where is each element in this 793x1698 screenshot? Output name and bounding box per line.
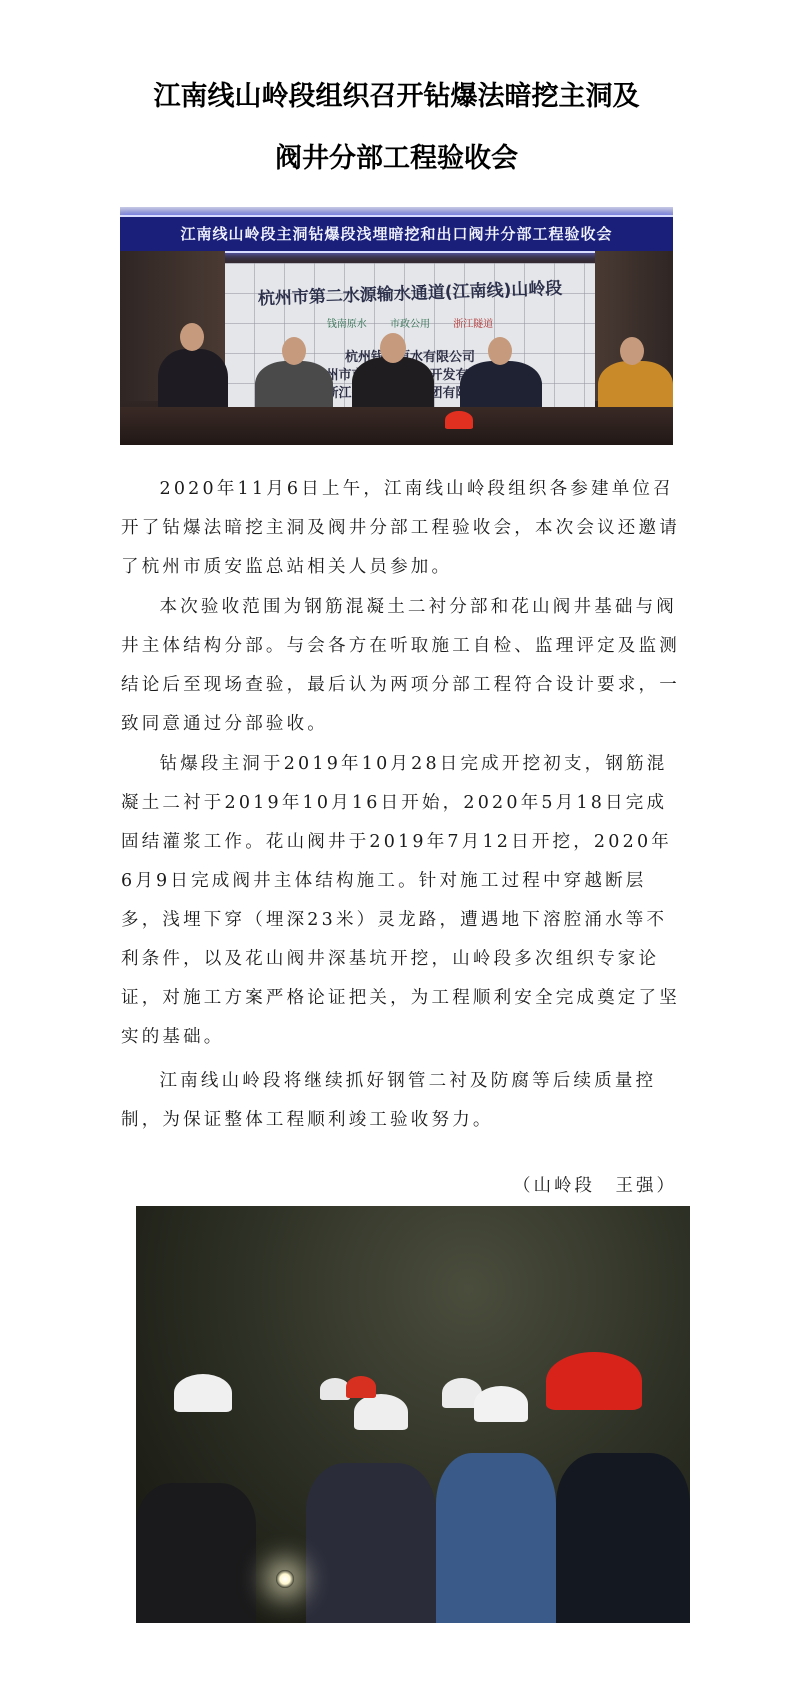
attendee-head bbox=[180, 323, 204, 351]
meeting-photo: 江南线山岭段主洞钻爆段浅埋暗挖和出口阀井分部工程验收会 杭州市第二水源输水通道(… bbox=[120, 207, 673, 445]
paragraph-4: 江南线山岭段将继续抓好钢管二衬及防腐等后续质量控制，为保证整体工程顺利竣工验收努… bbox=[121, 1062, 681, 1140]
paragraph-1: 2020年11月6日上午，江南线山岭段组织各参建单位召开了钻爆法暗挖主洞及阀井分… bbox=[121, 470, 681, 587]
red-helmet bbox=[445, 411, 473, 429]
white-helmet bbox=[354, 1394, 408, 1430]
article-title-line-1: 江南线山岭段组织召开钻爆法暗挖主洞及 bbox=[0, 74, 793, 113]
paragraph-3: 钻爆段主洞于2019年10月28日完成开挖初支，钢筋混凝土二衬于2019年10月… bbox=[121, 745, 681, 1057]
red-helmet bbox=[346, 1376, 376, 1398]
attendee-head bbox=[380, 333, 406, 363]
white-helmet bbox=[474, 1386, 528, 1422]
white-helmet bbox=[174, 1374, 232, 1412]
conference-table bbox=[120, 407, 673, 445]
article-title-line-2: 阀井分部工程验收会 bbox=[0, 136, 793, 175]
author-signature: （山岭段 王强） bbox=[513, 1172, 677, 1197]
logo-shizheng: 市政公用 bbox=[390, 319, 430, 330]
led-banner-text: 江南线山岭段主洞钻爆段浅埋暗挖和出口阀井分部工程验收会 bbox=[120, 217, 673, 251]
logo-qiannan: 钱南原水 bbox=[327, 319, 367, 330]
tunnel-inspection-photo bbox=[136, 1206, 690, 1623]
inspector bbox=[556, 1453, 690, 1623]
inspector bbox=[306, 1463, 436, 1623]
logo-row: 钱南原水 市政公用 浙江隧道 bbox=[225, 315, 595, 330]
led-banner: 江南线山岭段主洞钻爆段浅埋暗挖和出口阀井分部工程验收会 bbox=[120, 215, 673, 253]
attendee-head bbox=[620, 337, 644, 365]
logo-zhejiang-tunnel: 浙江隧道 bbox=[453, 319, 493, 330]
board-title: 杭州市第二水源输水通道(江南线)山岭段 bbox=[225, 273, 596, 311]
attendee-head bbox=[282, 337, 306, 365]
paragraph-2: 本次验收范围为钢筋混凝土二衬分部和花山阀井基础与阀井主体结构分部。与会各方在听取… bbox=[121, 588, 681, 744]
red-helmet bbox=[546, 1352, 642, 1410]
inspector bbox=[436, 1453, 556, 1623]
inspector bbox=[136, 1483, 256, 1623]
flashlight-glow bbox=[276, 1570, 294, 1588]
attendee-head bbox=[488, 337, 512, 365]
